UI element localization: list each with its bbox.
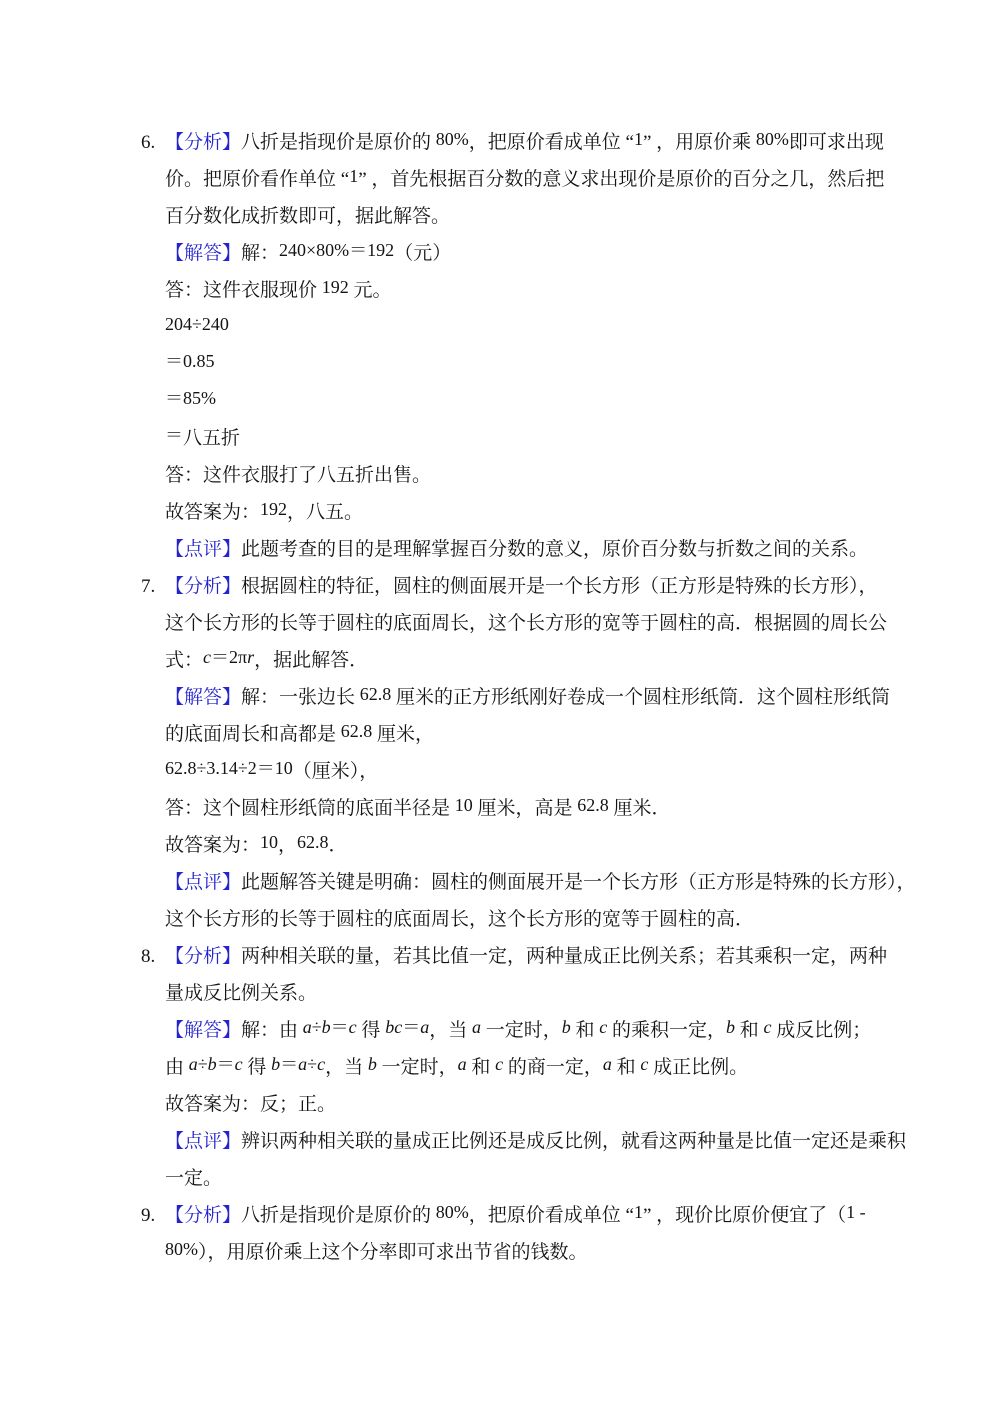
text-run: 80% — [756, 129, 789, 149]
text-run: 的底面周长和高都是 — [165, 724, 341, 745]
text-run: 式： — [165, 650, 203, 671]
text-run: 192 — [260, 499, 287, 519]
text-run: 和 — [467, 1057, 496, 1078]
text-line: 的底面周长和高都是 62.8 厘米， — [165, 716, 865, 753]
text-run: 故答案为： — [165, 502, 260, 523]
text-run: 元。 — [349, 280, 392, 301]
text-run: 厘米， — [372, 724, 434, 745]
text-run: 解：一张边长 — [241, 687, 360, 708]
text-run: 62.8÷3.14÷2＝10 — [165, 758, 293, 778]
answer-label: 【解答】 — [165, 243, 241, 264]
text-run: 答：这个圆柱形纸筒的底面半径是 — [165, 798, 455, 819]
text-run: ，把原价看成单位 “ — [469, 132, 634, 153]
text-run: 得 — [243, 1057, 272, 1078]
text-run: ，据此解答． — [254, 650, 368, 671]
text-run: 一定。 — [165, 1168, 222, 1189]
text-line: 答：这件衣服现价 192 元。 — [165, 272, 865, 309]
text-run: （元） — [394, 243, 451, 264]
text-run: ” ，现价比原价便宜了（ — [643, 1205, 846, 1226]
text-line: 由 a÷b＝c 得 b＝a÷c，当 b 一定时，a 和 c 的商一定，a 和 c… — [165, 1049, 865, 1086]
text-run: 204÷240 — [165, 314, 229, 334]
text-run: 解：由 — [241, 1020, 303, 1041]
text-run: c — [599, 1017, 607, 1037]
text-run: c — [317, 1054, 325, 1074]
text-run: bc — [385, 1017, 402, 1037]
text-run: 的商一定， — [503, 1057, 603, 1078]
text-run: 厘米的正方形纸刚好卷成一个圆柱形纸筒．这个圆柱形纸筒 — [391, 687, 890, 708]
text-run: a — [458, 1054, 467, 1074]
text-line: 6.【分析】八折是指现价是原价的 80%，把原价看成单位 “1” ，用原价乘 8… — [165, 124, 865, 161]
answer-label: 【解答】 — [165, 1020, 241, 1041]
text-line: 量成反比例关系。 — [165, 975, 865, 1012]
text-run: 此题解答关键是明确：圆柱的侧面展开是一个长方形（正方形是特殊的长方形）， — [241, 872, 916, 893]
item-number: 9. — [141, 1197, 155, 1234]
text-run: 1 — [634, 129, 643, 149]
text-run: 1 — [634, 1202, 643, 1222]
text-run: ），用原价乘上这个分率即可求出节省的钱数。 — [198, 1242, 588, 1263]
text-run: 1 - — [846, 1202, 866, 1222]
text-run: b — [368, 1054, 377, 1074]
text-run: 得 — [357, 1020, 386, 1041]
text-run: ＝ — [331, 1017, 349, 1037]
answer-label: 【解答】 — [165, 687, 241, 708]
document-body: 6.【分析】八折是指现价是原价的 80%，把原价看成单位 “1” ，用原价乘 8… — [165, 124, 865, 1271]
text-run: ＝ — [402, 1017, 420, 1037]
text-run: b — [208, 1054, 217, 1074]
text-run: b — [726, 1017, 735, 1037]
text-run: 厘米，高是 — [473, 798, 578, 819]
text-run: ＝ — [280, 1054, 298, 1074]
text-run: 八五折 — [183, 428, 240, 449]
text-line: 9.【分析】八折是指现价是原价的 80%，把原价看成单位 “1” ，现价比原价便… — [165, 1197, 865, 1234]
text-line: 204÷240 — [165, 309, 865, 346]
text-run: a — [472, 1017, 481, 1037]
text-run: c — [764, 1017, 772, 1037]
text-line: 【点评】辨识两种相关联的量成正比例还是成反比例，就看这两种量是比值一定还是乘积 — [165, 1123, 865, 1160]
text-line: 故答案为：192，八五。 — [165, 494, 865, 531]
text-line: 故答案为：10，62.8． — [165, 827, 865, 864]
text-run: 答：这件衣服现价 — [165, 280, 322, 301]
analysis-label: 【分析】 — [165, 576, 241, 597]
text-line: 式：c＝2πr，据此解答． — [165, 642, 865, 679]
text-run: ” ，首先根据百分数的意义求出现价是原价的百分之几，然后把 — [358, 169, 884, 190]
text-run: 故答案为：反；正。 — [165, 1094, 336, 1115]
text-run: a — [298, 1054, 307, 1074]
text-run: a — [189, 1054, 198, 1074]
text-run: ，把原价看成单位 “ — [469, 1205, 634, 1226]
text-run: 80% — [436, 129, 469, 149]
text-run: b — [562, 1017, 571, 1037]
text-run: 192 — [322, 277, 349, 297]
text-line: 这个长方形的长等于圆柱的底面周长，这个长方形的宽等于圆柱的高． — [165, 901, 865, 938]
text-run: 240×80%＝192 — [279, 240, 394, 260]
text-run: 八折是指现价是原价的 — [241, 1205, 436, 1226]
text-run: 和 — [571, 1020, 600, 1041]
text-run: ＝ — [165, 425, 183, 445]
text-run: 价。把原价看作单位 “ — [165, 169, 349, 190]
text-run: 厘米． — [609, 798, 671, 819]
text-run: 一定时， — [377, 1057, 458, 1078]
item-number: 6. — [141, 124, 155, 161]
text-run: 62.8 — [360, 684, 392, 704]
text-run: 两种相关联的量，若其比值一定，两种量成正比例关系；若其乘积一定，两种 — [241, 946, 887, 967]
text-run: 答：这件衣服打了八五折出售。 — [165, 465, 431, 486]
text-line: 62.8÷3.14÷2＝10（厘米）， — [165, 753, 865, 790]
text-line: 【点评】此题考查的目的是理解掌握百分数的意义，原价百分数与折数之间的关系。 — [165, 531, 865, 568]
text-run: 即可求出现 — [789, 132, 884, 153]
text-run: ÷ — [312, 1017, 322, 1037]
text-run: 量成反比例关系。 — [165, 983, 317, 1004]
text-run: b — [322, 1017, 331, 1037]
text-run: 1 — [349, 166, 358, 186]
text-run: ． — [329, 835, 348, 856]
analysis-label: 【分析】 — [165, 1205, 241, 1226]
text-run: ÷ — [198, 1054, 208, 1074]
text-line: 答：这个圆柱形纸筒的底面半径是 10 厘米，高是 62.8 厘米． — [165, 790, 865, 827]
document-page: 6.【分析】八折是指现价是原价的 80%，把原价看成单位 “1” ，用原价乘 8… — [0, 0, 1000, 1415]
text-run: c — [640, 1054, 648, 1074]
text-line: 这个长方形的长等于圆柱的底面周长，这个长方形的宽等于圆柱的高．根据圆的周长公 — [165, 605, 865, 642]
text-run: ＝0.85 — [165, 351, 215, 371]
text-run: 这个长方形的长等于圆柱的底面周长，这个长方形的宽等于圆柱的高．根据圆的周长公 — [165, 613, 887, 634]
text-line: 一定。 — [165, 1160, 865, 1197]
text-run: 和 — [612, 1057, 641, 1078]
text-run: c — [203, 647, 211, 667]
text-run: 根据圆柱的特征，圆柱的侧面展开是一个长方形（正方形是特殊的长方形）， — [241, 576, 878, 597]
text-run: ” ，用原价乘 — [643, 132, 756, 153]
text-run: 解： — [241, 243, 279, 264]
text-run: ，八五。 — [287, 502, 363, 523]
text-line: ＝85% — [165, 383, 865, 420]
text-run: ，当 — [429, 1020, 472, 1041]
text-run: ，当 — [325, 1057, 368, 1078]
analysis-label: 【分析】 — [165, 132, 241, 153]
text-run: 成反比例； — [772, 1020, 872, 1041]
text-line: 【解答】解：240×80%＝192（元） — [165, 235, 865, 272]
text-run: 80% — [436, 1202, 469, 1222]
text-run: ＝85% — [165, 388, 216, 408]
text-run: ＝ — [217, 1054, 235, 1074]
text-line: 【点评】此题解答关键是明确：圆柱的侧面展开是一个长方形（正方形是特殊的长方形）， — [165, 864, 865, 901]
text-run: a — [420, 1017, 429, 1037]
comment-label: 【点评】 — [165, 872, 241, 893]
comment-label: 【点评】 — [165, 539, 241, 560]
text-run: ＝2π — [211, 647, 247, 667]
text-line: 80%），用原价乘上这个分率即可求出节省的钱数。 — [165, 1234, 865, 1271]
text-run: 62.8 — [297, 832, 329, 852]
text-run: 此题考查的目的是理解掌握百分数的意义，原价百分数与折数之间的关系。 — [241, 539, 868, 560]
text-run: 故答案为： — [165, 835, 260, 856]
text-line: 故答案为：反；正。 — [165, 1086, 865, 1123]
text-line: 价。把原价看作单位 “1” ，首先根据百分数的意义求出现价是原价的百分之几，然后… — [165, 161, 865, 198]
analysis-label: 【分析】 — [165, 946, 241, 967]
text-run: 10 — [260, 832, 278, 852]
text-run: ， — [278, 835, 297, 856]
text-run: c — [349, 1017, 357, 1037]
text-run: a — [603, 1054, 612, 1074]
text-run: （厘米）， — [293, 761, 379, 782]
text-run: 八折是指现价是原价的 — [241, 132, 436, 153]
text-run: ÷ — [307, 1054, 317, 1074]
text-run: 辨识两种相关联的量成正比例还是成反比例，就看这两种量是比值一定还是乘积 — [241, 1131, 906, 1152]
text-run: a — [303, 1017, 312, 1037]
text-run: 10 — [455, 795, 473, 815]
text-run: b — [271, 1054, 280, 1074]
text-run: 的乘积一定， — [607, 1020, 726, 1041]
text-run: 百分数化成折数即可，据此解答。 — [165, 206, 450, 227]
text-line: ＝0.85 — [165, 346, 865, 383]
text-run: 这个长方形的长等于圆柱的底面周长，这个长方形的宽等于圆柱的高． — [165, 909, 754, 930]
text-run: 62.8 — [577, 795, 609, 815]
text-run: r — [247, 647, 254, 667]
text-run: 62.8 — [341, 721, 373, 741]
item-number: 7. — [141, 568, 155, 605]
item-number: 8. — [141, 938, 155, 975]
text-run: 和 — [735, 1020, 764, 1041]
text-run: c — [495, 1054, 503, 1074]
text-line: 8.【分析】两种相关联的量，若其比值一定，两种量成正比例关系；若其乘积一定，两种 — [165, 938, 865, 975]
text-line: 【解答】解：一张边长 62.8 厘米的正方形纸刚好卷成一个圆柱形纸筒．这个圆柱形… — [165, 679, 865, 716]
text-run: 80% — [165, 1239, 198, 1259]
text-run: 一定时， — [481, 1020, 562, 1041]
text-run: 成正比例。 — [648, 1057, 748, 1078]
text-line: 【解答】解：由 a÷b＝c 得 bc＝a，当 a 一定时，b 和 c 的乘积一定… — [165, 1012, 865, 1049]
comment-label: 【点评】 — [165, 1131, 241, 1152]
text-run: c — [235, 1054, 243, 1074]
text-line: 答：这件衣服打了八五折出售。 — [165, 457, 865, 494]
text-line: ＝八五折 — [165, 420, 865, 457]
text-run: 由 — [165, 1057, 189, 1078]
text-line: 百分数化成折数即可，据此解答。 — [165, 198, 865, 235]
text-line: 7.【分析】根据圆柱的特征，圆柱的侧面展开是一个长方形（正方形是特殊的长方形）， — [165, 568, 865, 605]
